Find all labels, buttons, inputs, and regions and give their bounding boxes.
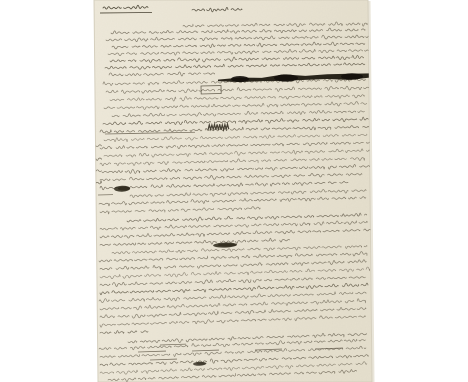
scanned-manuscript-photo	[0, 0, 468, 382]
manuscript-svg	[0, 0, 468, 382]
